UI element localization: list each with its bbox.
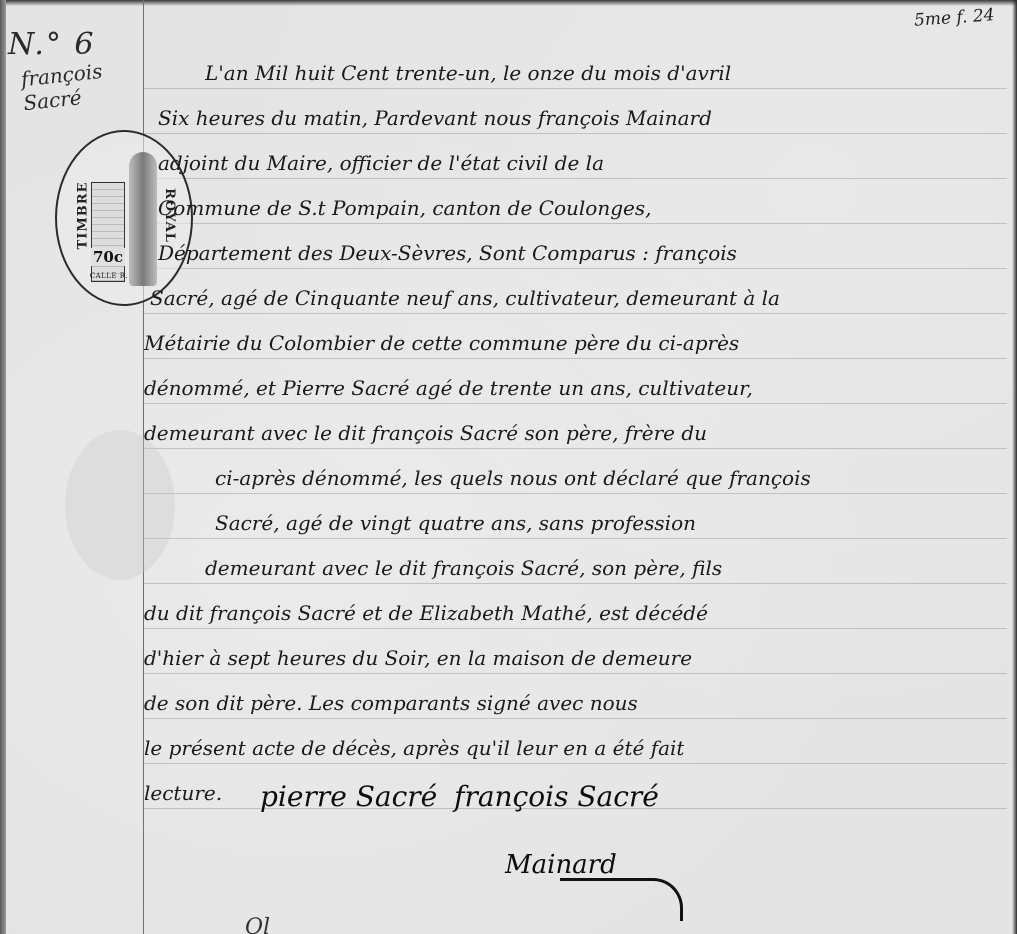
record-line: lecture. (144, 778, 222, 808)
record-line: L'an Mil huit Cent trente-un, le onze du… (205, 58, 731, 88)
record-line: Métairie du Colombier de cette commune p… (144, 328, 739, 358)
margin-annotation: N.° 6 françois Sacré (8, 28, 138, 110)
ruled-line (143, 448, 1007, 449)
record-line: Commune de S.t Pompain, canton de Coulon… (158, 193, 651, 223)
record-line: Département des Deux-Sèvres, Sont Compar… (158, 238, 737, 268)
record-line: dénommé, et Pierre Sacré agé de trente u… (144, 373, 753, 403)
ruled-line (143, 133, 1007, 134)
record-line: du dit françois Sacré et de Elizabeth Ma… (144, 598, 708, 628)
next-entry-start: Ol (245, 915, 270, 934)
folio-number: 5me f. 24 (914, 5, 996, 31)
record-line: Sacré, agé de Cinquante neuf ans, cultiv… (150, 283, 780, 313)
record-line: Six heures du matin, Pardevant nous fran… (158, 103, 712, 133)
ruled-line (143, 88, 1007, 89)
record-line: de son dit père. Les comparants signé av… (144, 688, 638, 718)
witness-signatures: pierre Sacré françois Sacré (260, 780, 667, 813)
signature-flourish (560, 878, 683, 921)
ruled-line (143, 538, 1007, 539)
record-line: d'hier à sept heures du Soir, en la mais… (144, 643, 692, 673)
record-line: Sacré, agé de vingt quatre ans, sans pro… (215, 508, 696, 538)
ruled-line (143, 313, 1007, 314)
ruled-line (143, 178, 1007, 179)
officer-signature: Mainard (505, 850, 617, 880)
record-line: adjoint du Maire, officier de l'état civ… (158, 148, 604, 178)
record-line: demeurant avec le dit françois Sacré, so… (205, 553, 722, 583)
ruled-line (143, 673, 1007, 674)
signature-francois-sacre: françois Sacré (454, 780, 659, 813)
ruled-line (143, 583, 1007, 584)
stamp-figure-icon (129, 152, 157, 286)
signature-pierre-sacre: pierre Sacré (260, 780, 437, 813)
ruled-line (143, 718, 1007, 719)
ruled-line (143, 628, 1007, 629)
ruled-line (143, 358, 1007, 359)
record-line: ci-après dénommé, les quels nous ont déc… (215, 463, 811, 493)
scan-right-edge (1012, 0, 1017, 934)
scan-top-edge (0, 0, 1017, 6)
stamp-caption: CALLE R. (89, 272, 129, 280)
stamp-value: 70c (91, 248, 125, 266)
ruled-line (143, 268, 1007, 269)
document-scan: 5me f. 24 N.° 6 françois Sacré TIMBRE 70… (0, 0, 1017, 934)
stamp-text-left: TIMBRE (75, 182, 90, 250)
binding-edge (0, 0, 6, 934)
ruled-line (143, 763, 1007, 764)
stamp-tablets-icon (91, 182, 125, 282)
deceased-name: françois Sacré (6, 55, 140, 116)
record-line: demeurant avec le dit françois Sacré son… (144, 418, 707, 448)
bleed-through-stamp (65, 430, 175, 580)
ruled-line (143, 403, 1007, 404)
record-line: le présent acte de décès, après qu'il le… (144, 733, 684, 763)
ruled-line (143, 223, 1007, 224)
ruled-line (143, 493, 1007, 494)
